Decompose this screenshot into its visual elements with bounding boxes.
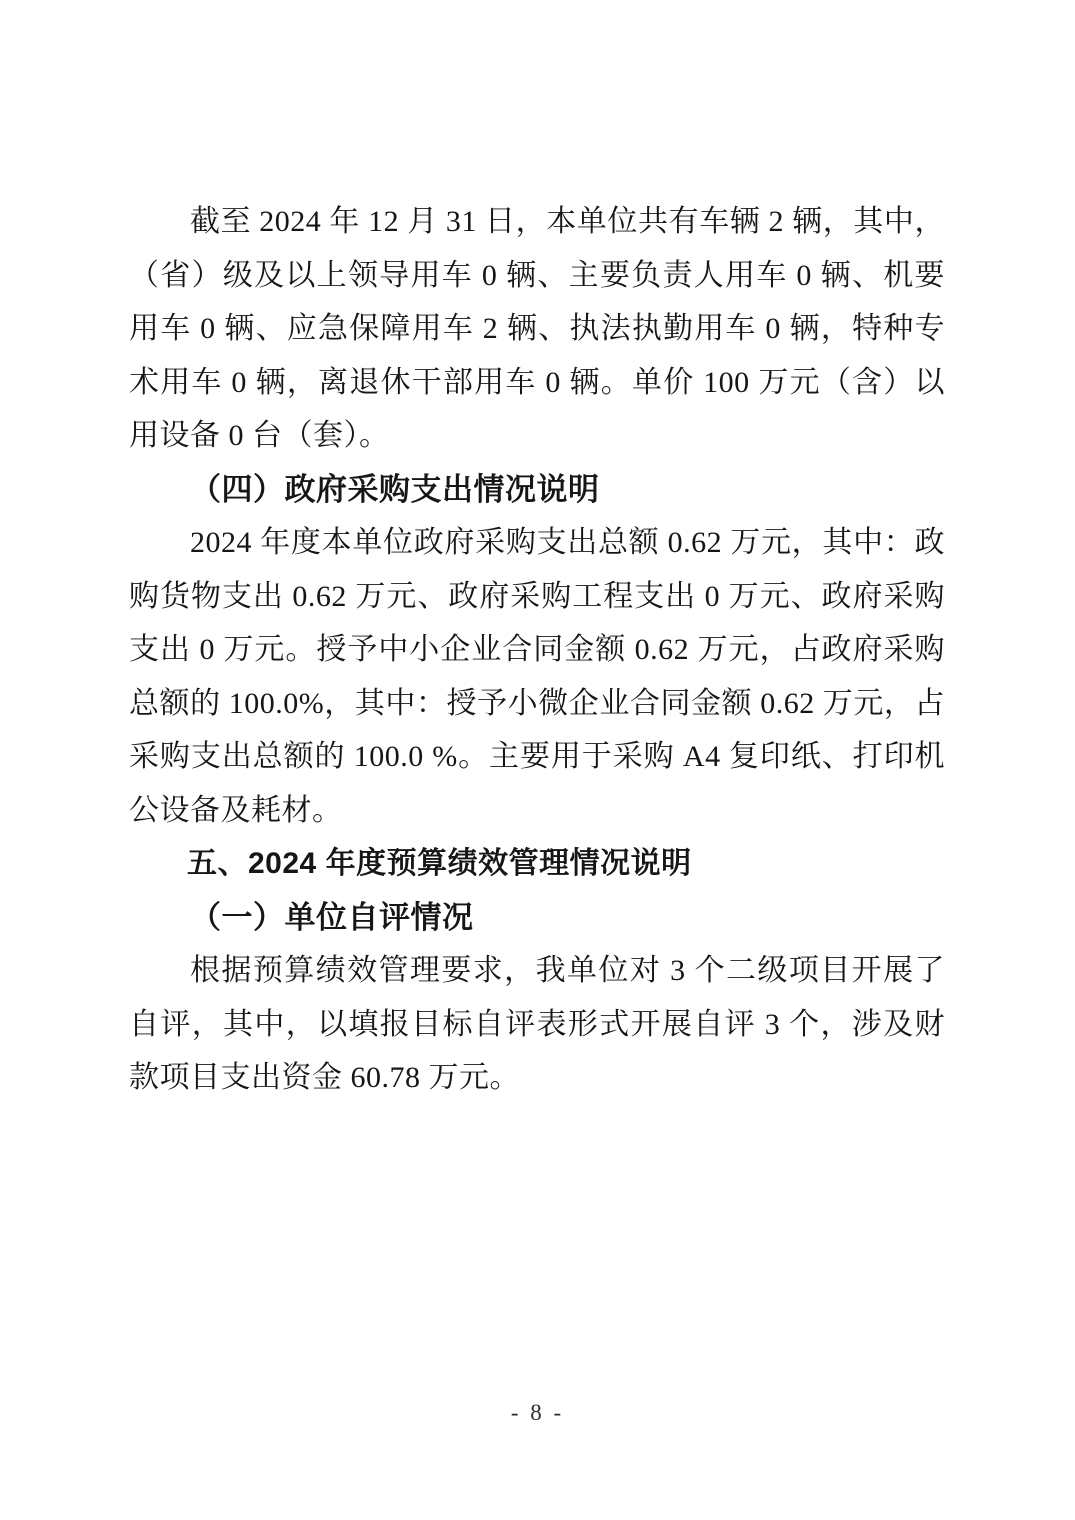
page-number: - 8 - bbox=[0, 1398, 1075, 1428]
section-heading-self-evaluation: （一）单位自评情况 bbox=[129, 891, 945, 945]
document-page: 截至 2024 年 12 月 31 日，本单位共有车辆 2 辆，其中，副部（省）… bbox=[0, 0, 1075, 1520]
vehicles-equipment-paragraph-line: 用设备 0 台（套）。 bbox=[129, 409, 945, 463]
vehicles-equipment-paragraph-line: 用车 0 辆、应急保障用车 2 辆、执法执勤用车 0 辆，特种专业技 bbox=[129, 302, 945, 356]
procurement-paragraph-line: 采购支出总额的 100.0 %。主要用于采购 A4 复印纸、打印机等办 bbox=[129, 730, 945, 784]
self-evaluation-paragraph-line: 款项目支出资金 60.78 万元。 bbox=[129, 1051, 945, 1105]
procurement-paragraph-line: 支出 0 万元。授予中小企业合同金额 0.62 万元，占政府采购支出 bbox=[129, 623, 945, 677]
procurement-paragraph-line: 购货物支出 0.62 万元、政府采购工程支出 0 万元、政府采购服务 bbox=[129, 570, 945, 624]
self-evaluation-paragraph-line: 根据预算绩效管理要求，我单位对 3 个二级项目开展了绩效 bbox=[129, 944, 945, 998]
chapter-heading-performance: 五、2024 年度预算绩效管理情况说明 bbox=[129, 837, 945, 891]
vehicles-equipment-paragraph-line: （省）级及以上领导用车 0 辆、主要负责人用车 0 辆、机要通信 bbox=[129, 249, 945, 303]
procurement-paragraph-line: 2024 年度本单位政府采购支出总额 0.62 万元，其中：政府采 bbox=[129, 516, 945, 570]
vehicles-equipment-paragraph-line: 术用车 0 辆，离退休干部用车 0 辆。单价 100 万元（含）以上专 bbox=[129, 356, 945, 410]
vehicles-equipment-paragraph-line: 截至 2024 年 12 月 31 日，本单位共有车辆 2 辆，其中，副部 bbox=[129, 195, 945, 249]
section-heading-procurement: （四）政府采购支出情况说明 bbox=[129, 463, 945, 517]
procurement-paragraph-line: 总额的 100.0%，其中：授予小微企业合同金额 0.62 万元，占政府 bbox=[129, 677, 945, 731]
procurement-paragraph-line: 公设备及耗材。 bbox=[129, 784, 945, 838]
document-body: 截至 2024 年 12 月 31 日，本单位共有车辆 2 辆，其中，副部（省）… bbox=[129, 195, 945, 1105]
self-evaluation-paragraph-line: 自评，其中，以填报目标自评表形式开展自评 3 个，涉及财政拨 bbox=[129, 998, 945, 1052]
